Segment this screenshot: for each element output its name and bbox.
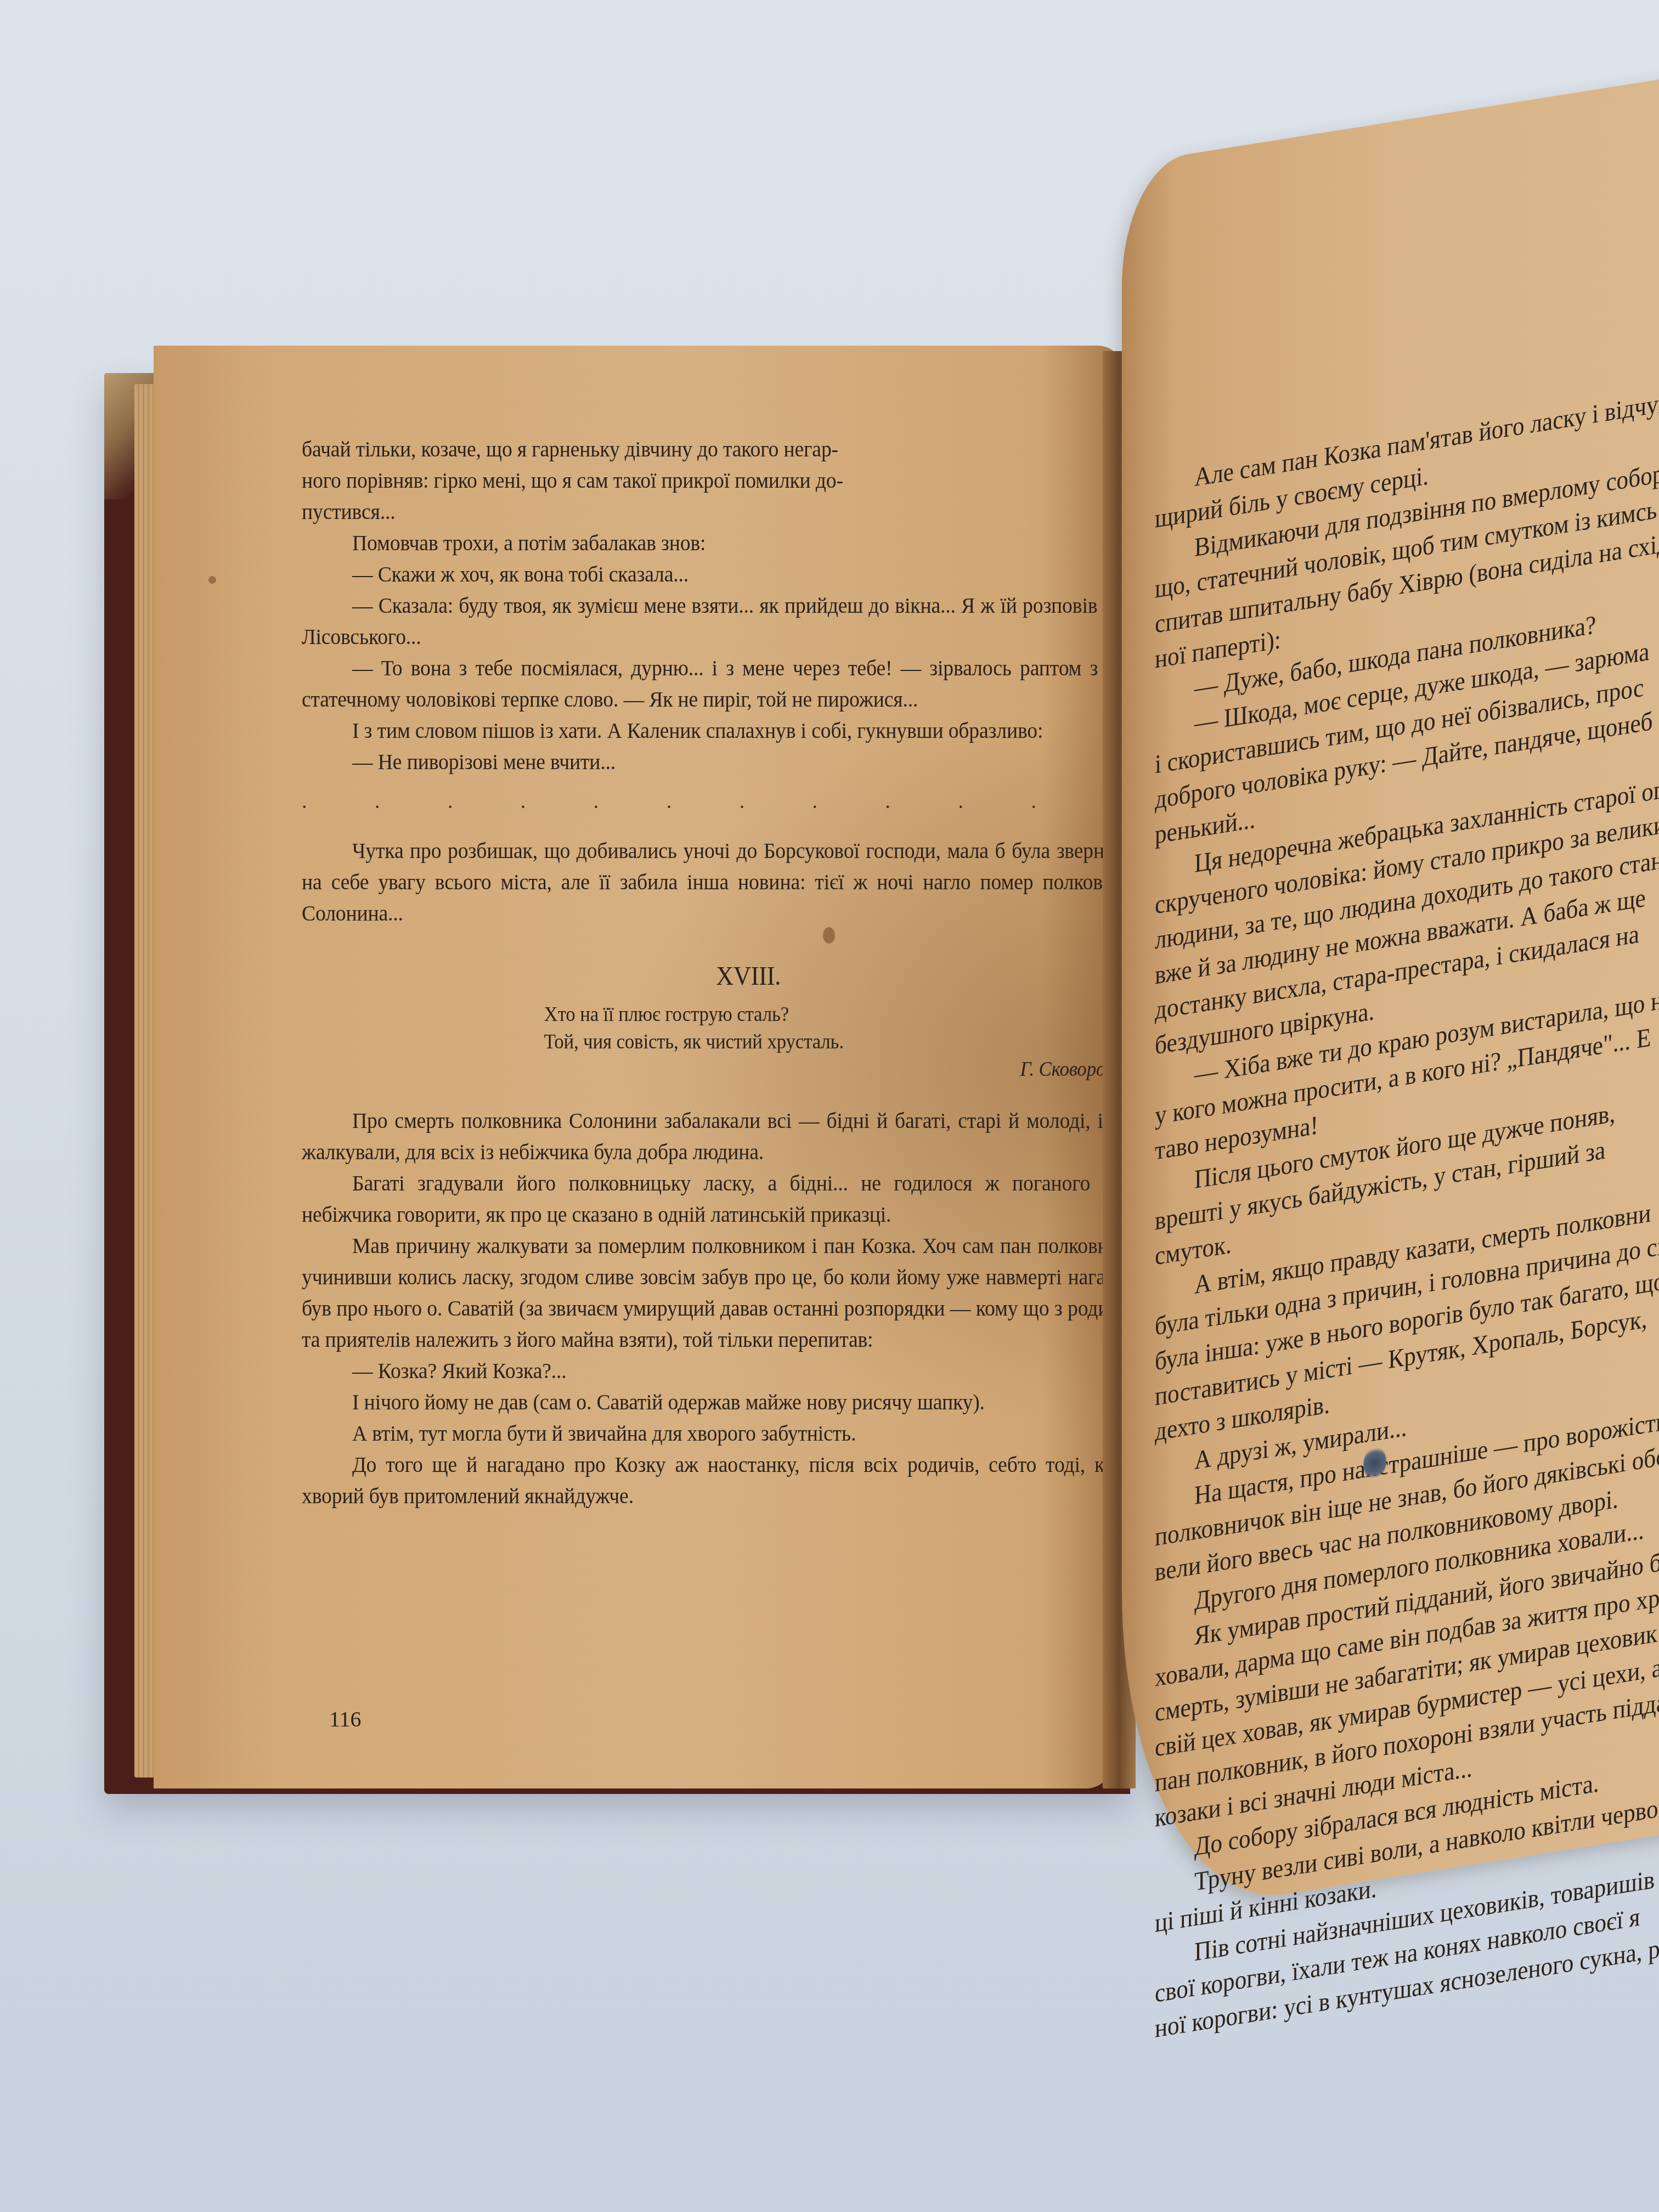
epigraph: Хто на її плює гострую сталь? Той, чия с… (544, 1001, 1135, 1083)
text-line: пустився... (302, 496, 1135, 527)
text-line: бачай тільки, козаче, що я гарненьку дів… (302, 433, 1135, 465)
dialogue-line: — Сказала: буду твоя, як зумієш мене взя… (302, 590, 1135, 652)
epigraph-line: Хто на її плює гострую сталь? (544, 1001, 1135, 1028)
dialogue-line: — То вона з тебе посміялася, дурню... і … (302, 652, 1135, 715)
paragraph: Мав причину жалкувати за померлим полков… (302, 1230, 1135, 1355)
paragraph: Помовчав трохи, а потім забалакав знов: (302, 527, 1135, 558)
epigraph-line: Той, чия совість, як чистий хрусталь. (544, 1028, 1135, 1056)
paragraph: Про смерть полковника Солонини забалакал… (302, 1105, 1135, 1167)
paragraph: А втім, тут могла бути й звичайна для хв… (302, 1418, 1135, 1449)
section-separator: . . . . . . . . . . . . . . (302, 785, 1135, 816)
left-page-text: бачай тільки, козаче, що я гарненьку дів… (302, 433, 1135, 1511)
chapter-heading: XVIII. (302, 961, 1135, 992)
right-page: Але сам пан Козка пам'ятав його ласку і … (1122, 60, 1659, 1920)
page-edges (134, 384, 156, 1778)
paragraph: Багаті згадували його полковницьку ласку… (302, 1167, 1135, 1230)
paragraph: І нічого йому не дав (сам о. Саватій оде… (302, 1386, 1135, 1418)
dialogue-line: — Козка? Який Козка?... (302, 1355, 1135, 1386)
paragraph: Чутка про розбишак, що добивались уночі … (302, 835, 1135, 929)
left-page: бачай тільки, козаче, що я гарненьку дів… (154, 346, 1119, 1788)
epigraph-author: Г. Сковорода (544, 1056, 1125, 1083)
dialogue-line: — Не пиворізові мене вчити... (302, 746, 1135, 777)
right-page-text: Але сам пан Козка пам'ятав його ласку і … (1155, 349, 1659, 2047)
text-line: ного порівняв: гірко мені, що я сам тако… (302, 465, 1135, 496)
paper-stain (208, 576, 216, 584)
page-number: 116 (329, 1706, 362, 1732)
paper-stain (823, 927, 835, 944)
paragraph: І з тим словом пішов із хати. А Каленик … (302, 715, 1135, 746)
dialogue-line: — Скажи ж хоч, як вона тобі сказала... (302, 558, 1135, 590)
paragraph: До того ще й нагадано про Козку аж наост… (302, 1449, 1135, 1511)
